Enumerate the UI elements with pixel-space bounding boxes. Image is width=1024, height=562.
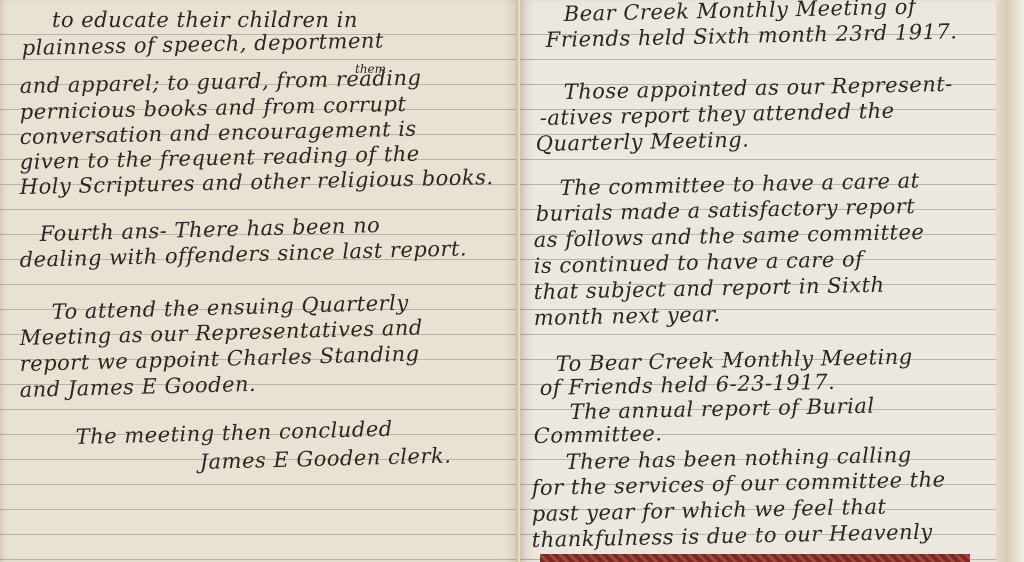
text-line: The meeting then concluded <box>75 417 393 449</box>
text-line: Committee. <box>533 421 662 448</box>
left-page: to educate their children in plainness o… <box>0 0 520 562</box>
text-line: and James E Gooden. <box>19 372 256 402</box>
notebook-spread: to educate their children in plainness o… <box>0 0 1024 562</box>
text-line: month next year. <box>533 302 720 330</box>
book-cover-edge <box>540 554 970 562</box>
text-line: plainness of speech, deportment <box>21 28 384 60</box>
text-line: that subject and report in Sixth <box>533 273 884 304</box>
text-line: The annual report of Burial <box>569 394 874 424</box>
text-line: Those appointed as our Represent- <box>563 72 953 104</box>
page-stack-edge <box>996 0 1024 562</box>
text-line: Quarterly Meeting. <box>535 128 749 156</box>
text-line: to educate their children in <box>52 8 358 32</box>
signature-line: James E Gooden clerk. <box>199 443 451 474</box>
right-page: Bear Creek Monthly Meeting of Friends he… <box>520 0 996 562</box>
